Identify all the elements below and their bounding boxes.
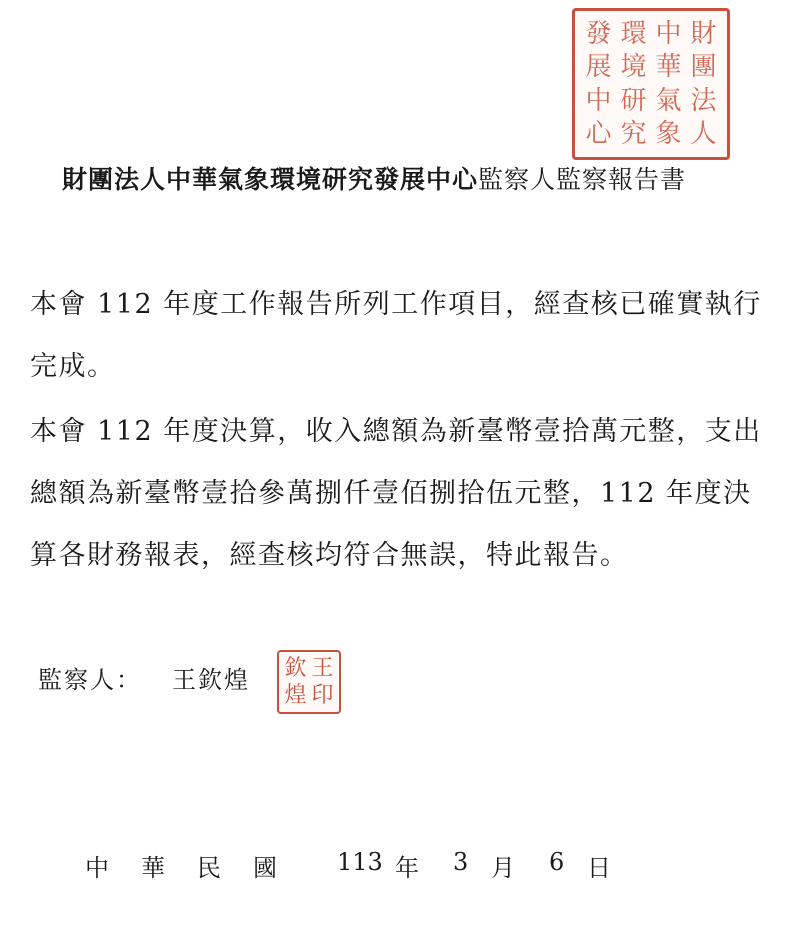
organization-seal: 發 環 中 財 展 境 華 團 中 研 氣 法 心 究 象 人 [572,8,730,160]
seal-char: 研 [616,84,651,118]
document-date: 中 華 民 國 113 年 3 月 6 日 [85,848,645,883]
date-month: 3 [453,848,491,883]
document-title: 財團法人中華氣象環境研究發展中心監察人監察報告書 [62,160,782,196]
seal-char: 煌 [282,682,309,709]
seal-char: 究 [616,118,651,152]
signer-name: 王欽煌 [172,666,250,694]
seal-char: 氣 [651,84,686,118]
seal-char: 王 [309,655,336,682]
seal-char: 發 [581,17,616,51]
seal-char: 心 [581,118,616,152]
date-day: 6 [549,848,587,883]
paragraph-financial-report: 本會 112 年度決算，收入總額為新臺幣壹拾萬元整，支出總額為新臺幣壹拾參萬捌仟… [30,401,770,587]
date-year: 113 [337,848,395,883]
date-year-unit: 年 [395,848,453,883]
seal-char: 財 [686,17,721,51]
personal-seal: 欽 王 煌 印 [277,650,341,714]
signature-label: 監察人： [38,666,142,694]
seal-char: 境 [616,51,651,85]
date-month-unit: 月 [491,848,549,883]
seal-char: 象 [651,118,686,152]
date-era-char: 中 [85,848,141,883]
seal-char: 欽 [282,655,309,682]
seal-char: 人 [686,118,721,152]
date-day-unit: 日 [587,848,645,883]
paragraph-work-report: 本會 112 年度工作報告所列工作項目，經查核已確實執行完成。 [30,274,770,398]
date-era-char: 民 [197,848,253,883]
seal-char: 環 [616,17,651,51]
seal-char: 法 [686,84,721,118]
seal-char: 展 [581,51,616,85]
title-document-type: 監察人監察報告書 [478,165,686,194]
seal-char: 團 [686,51,721,85]
seal-char: 華 [651,51,686,85]
signature-block: 監察人：王欽煌 [38,660,250,695]
seal-char: 中 [651,17,686,51]
date-era-char: 國 [253,848,309,883]
seal-char: 中 [581,84,616,118]
seal-char: 印 [309,682,336,709]
date-era-char: 華 [141,848,197,883]
title-organization: 財團法人中華氣象環境研究發展中心 [62,165,478,194]
